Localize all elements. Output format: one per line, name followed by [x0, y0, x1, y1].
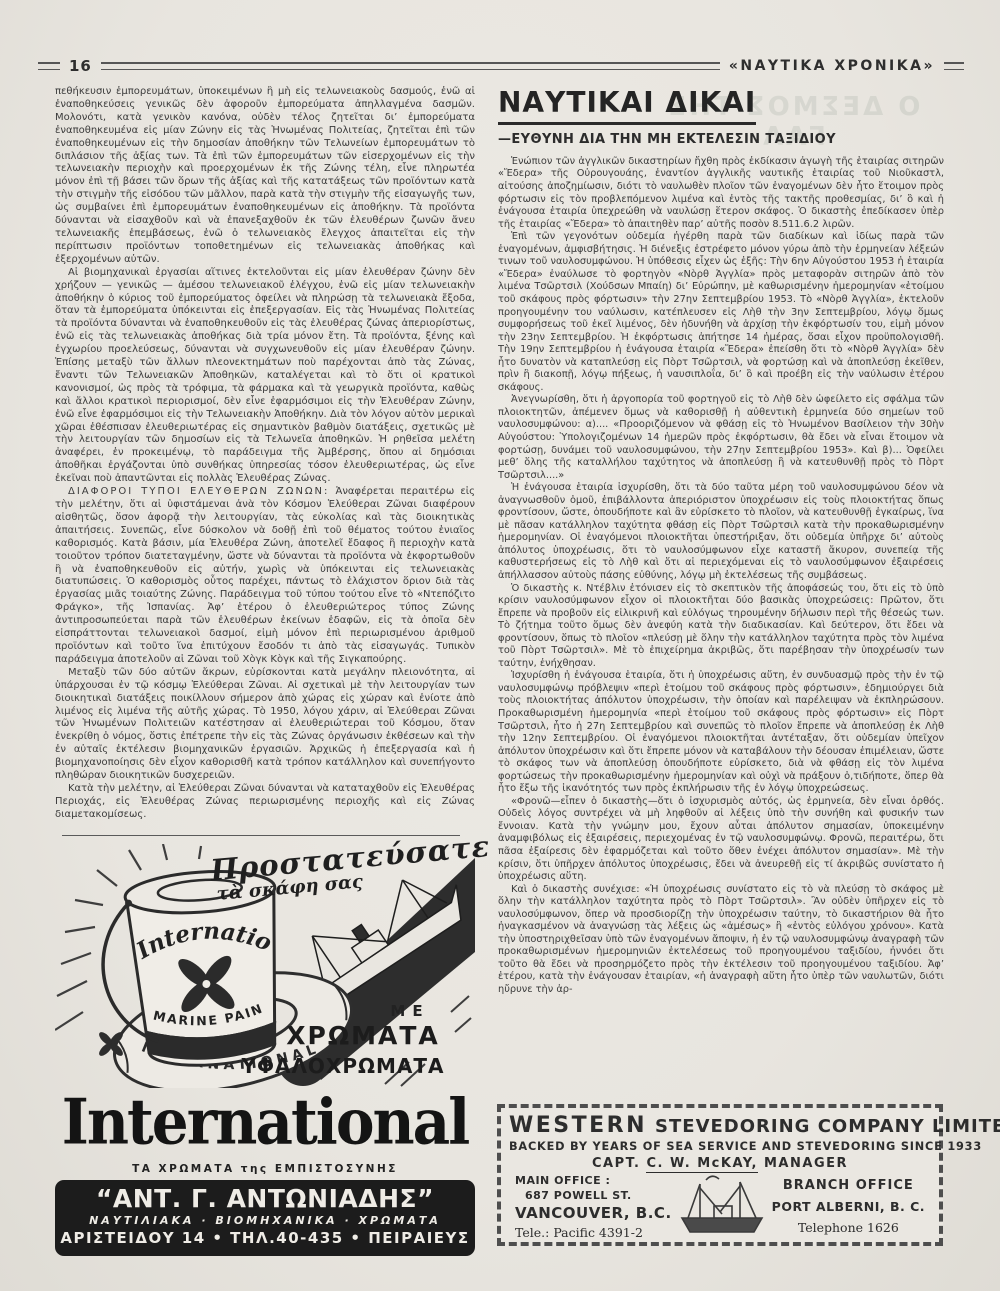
main-office-label: MAIN OFFICE :: [515, 1174, 672, 1187]
body-paragraph: Ἐπὶ τῶν γεγονότων οὐδεμία ἠγέρθη παρὰ τῶ…: [498, 231, 944, 394]
manager-prefix: CAPT.: [592, 1156, 640, 1171]
body-paragraph: ΔΙΑΦΟΡΟΙ ΤΥΠΟΙ ΕΛΕΥΘΕΡΩΝ ΖΩΝΩΝ: Ἀναφέρετ…: [55, 486, 475, 667]
article-subtitle: —ΕΥΘΥΝΗ ΔΙΑ ΤΗΝ ΜΗ ΕΚΤΕΛΕΣΙΝ ΤΑΞΙΔΙΟΥ: [498, 134, 944, 147]
ad-me-text: ΜΕ: [355, 1002, 465, 1020]
page-number: 16: [69, 57, 92, 75]
branch-office-block: BRANCH OFFICE PORT ALBERNI, B. C. Teleph…: [772, 1174, 925, 1235]
article-title: ΝΑΥΤΙΚΑΙ ΔΙΚΑΙ: [498, 88, 756, 125]
header-rule-middle: [101, 62, 720, 70]
main-office-block: MAIN OFFICE : 687 POWELL ST. VANCOUVER, …: [515, 1174, 672, 1240]
dealer-panel: “ΑΝΤ. Γ. ΑΝΤΩΝΙΑΔΗΣ” ΝΑΥΤΙΛΙΑΚΑ · ΒΙΟΜΗΧ…: [55, 1180, 475, 1256]
magazine-page: 16 «ΝΑΥΤΙΚΑ ΧΡΟΝΙΚΑ» Ο ΔΕΣΜΟΣ ΤΗΣ ΓΑΛ πε…: [0, 0, 1000, 1291]
western-company-name: WESTERNSTEVEDORING COMPANY LIMITED: [509, 1113, 931, 1138]
body-paragraph: Ἀνεγνωρίσθη, ὅτι ἡ ἀργοπορία τοῦ φορτηγο…: [498, 394, 944, 482]
inline-section-body: Ἀναφέρεται περαιτέρω εἰς τὴν μελέτην, ὅτ…: [55, 486, 475, 665]
dealer-name: “ΑΝΤ. Γ. ΑΝΤΩΝΙΑΔΗΣ”: [55, 1185, 475, 1212]
international-paints-ad: INTERNATIONAL Internat: [55, 840, 475, 1260]
body-paragraph: Ἡ ἐνάγουσα ἑταιρία ἰσχυρίσθη, ὅτι τὰ δύο…: [498, 482, 944, 582]
body-paragraph: Ἐνώπιον τῶν ἀγγλικῶν δικαστηρίων ἤχθη πρ…: [498, 156, 944, 231]
ad-chromata-text: ΧΡΩΜΑΤΑ: [268, 1021, 458, 1050]
body-paragraph: Ἰσχυρίσθη ἡ ἐνάγουσα ἑταιρία, ὅτι ἡ ὑποχ…: [498, 670, 944, 795]
main-office-street: 687 POWELL ST.: [525, 1189, 672, 1202]
inline-section-heading: ΔΙΑΦΟΡΟΙ ΤΥΠΟΙ ΕΛΕΥΘΕΡΩΝ ΖΩΝΩΝ:: [68, 486, 329, 497]
western-offices-row: MAIN OFFICE : 687 POWELL ST. VANCOUVER, …: [509, 1174, 931, 1240]
body-paragraph: «Φρονῶ—εἶπεν ὁ δικαστὴς—ὅτι ὁ ἰσχυρισμὸς…: [498, 796, 944, 884]
page-header: 16 «ΝΑΥΤΙΚΑ ΧΡΟΝΙΚΑ»: [38, 57, 964, 75]
western-rest: STEVEDORING COMPANY LIMITED: [655, 1116, 1000, 1137]
body-paragraph: πεθήκευσιν ἐμπορευμάτων, ὑποκειμένων ἢ μ…: [55, 86, 475, 267]
magazine-masthead: «ΝΑΥΤΙΚΑ ΧΡΟΝΙΚΑ»: [729, 58, 935, 74]
international-logotype: International: [55, 1081, 475, 1163]
body-paragraph: Καὶ ὁ δικαστὴς συνέχισε: «Ἡ ὑποχρέωσις σ…: [498, 884, 944, 997]
left-text-column: πεθήκευσιν ἐμπορευμάτων, ὑποκειμένων ἢ μ…: [55, 86, 475, 834]
article-column: ΝΑΥΤΙΚΑΙ ΔΙΚΑΙ —ΕΥΘΥΝΗ ΔΙΑ ΤΗΝ ΜΗ ΕΚΤΕΛΕ…: [498, 88, 944, 1100]
dealer-address: ΑΡΙΣΤΕΙΔΟΥ 14 • ΤΗΛ.40-435 • ΠΕΙΡΑΙΕΥΣ: [55, 1229, 475, 1247]
main-office-city: VANCOUVER, B.C.: [515, 1204, 672, 1222]
dealer-products: ΝΑΥΤΙΛΙΑΚΑ · ΒΙΟΜΗΧΑΝΙΚΑ · ΧΡΩΜΑΤΑ: [55, 1214, 475, 1227]
manager-title: MANAGER: [764, 1156, 848, 1171]
ad-tagline: ΤΑ ΧΡΩΜΑΤΑ της ΕΜΠΙΣΤΟΣΥΝΗΣ: [55, 1163, 475, 1175]
header-rule-left: [38, 62, 60, 70]
branch-office-label: BRANCH OFFICE: [772, 1178, 925, 1193]
western-subline: BACKED BY YEARS OF SEA SERVICE AND STEVE…: [509, 1140, 931, 1153]
cargo-ship-icon: [676, 1174, 768, 1236]
western-stevedoring-ad: WESTERNSTEVEDORING COMPANY LIMITED BACKE…: [497, 1104, 943, 1246]
branch-office-telephone: Telephone 1626: [772, 1220, 925, 1235]
header-rule-right: [944, 62, 964, 70]
manager-name: C. W. McKAY,: [646, 1156, 757, 1173]
body-paragraph: Κατὰ τὴν μελέτην, αἱ Ἐλεύθεραι Ζῶναι δύν…: [55, 783, 475, 822]
western-manager-line: CAPT. C. W. McKAY, MANAGER: [509, 1156, 931, 1171]
body-paragraph: Ὁ δικαστὴς κ. Ντέβλιν ἐτόνισεν εἰς τὸ σκ…: [498, 583, 944, 671]
body-paragraph: Αἱ βιομηχανικαὶ ἐργασίαι αἵτινες ἐκτελοῦ…: [55, 267, 475, 486]
western-word1: WESTERN: [509, 1113, 647, 1138]
ad-yfalochromata-text: ΥΦΑΛΟΧΡΩΜΑΤΑ: [223, 1054, 463, 1078]
main-office-telephone: Tele.: Pacific 4391-2: [515, 1225, 672, 1240]
branch-office-city: PORT ALBERNI, B. C.: [772, 1199, 925, 1214]
body-paragraph: Μεταξὺ τῶν δύο αὐτῶν ἄκρων, εὑρίσκονται …: [55, 667, 475, 783]
